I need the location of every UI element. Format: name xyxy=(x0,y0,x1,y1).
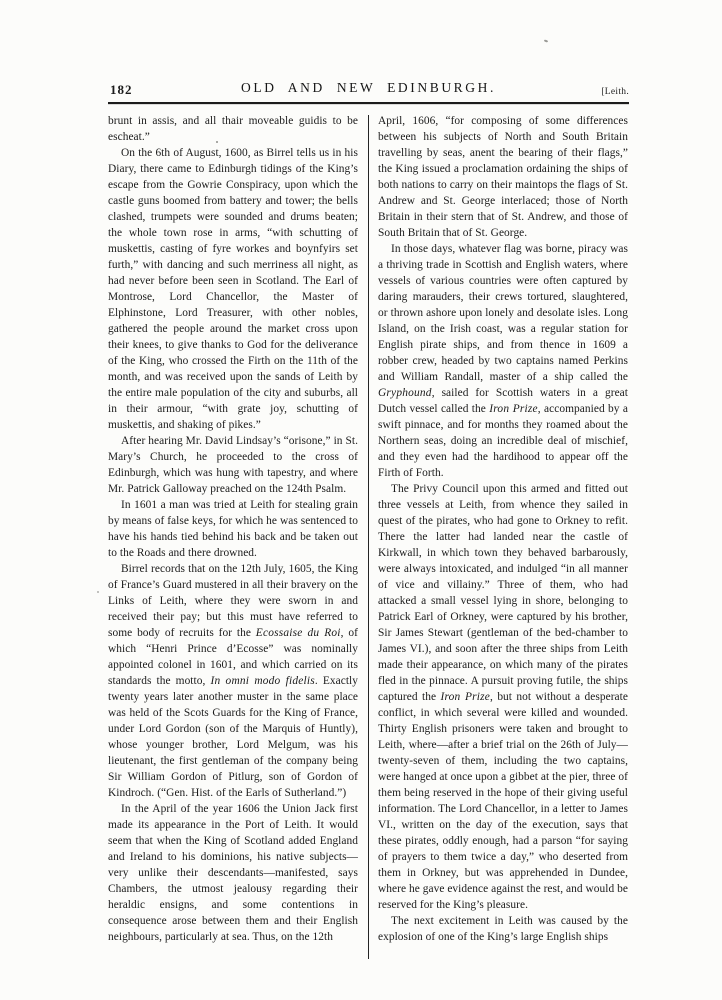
book-page: 182 OLD AND NEW EDINBURGH. [Leith. brunt… xyxy=(0,0,722,1000)
body-text: brunt in assis, and all thair moveable g… xyxy=(108,115,358,143)
page-content: 182 OLD AND NEW EDINBURGH. [Leith. brunt… xyxy=(108,80,629,959)
text-block: brunt in assis, and all thair moveable g… xyxy=(108,113,629,959)
italic-text: Iron Prize xyxy=(489,403,538,415)
running-title: OLD AND NEW EDINBURGH. xyxy=(108,80,629,96)
italic-text: Gryphound xyxy=(378,387,432,399)
running-header: 182 OLD AND NEW EDINBURGH. [Leith. xyxy=(108,80,629,98)
body-text: The Privy Council upon this armed and fi… xyxy=(378,483,628,703)
italic-text: Ecossaise du Roi xyxy=(256,627,341,639)
body-text: On the 6th of August, 1600, as Birrel te… xyxy=(108,147,358,431)
section-label: [Leith. xyxy=(601,87,629,97)
paragraph: April, 1606, “for composing of some diff… xyxy=(378,113,628,241)
body-text: , but not without a desperate conflict, … xyxy=(378,691,628,911)
body-text: April, 1606, “for composing of some diff… xyxy=(378,115,628,239)
body-text: In those days, whatever flag was borne, … xyxy=(378,243,628,383)
paragraph: In the April of the year 1606 the Union … xyxy=(108,801,358,945)
scan-speck xyxy=(97,591,99,593)
body-text: After hearing Mr. David Lindsay’s “oriso… xyxy=(108,435,358,495)
left-column: brunt in assis, and all thair moveable g… xyxy=(108,113,358,959)
paragraph: After hearing Mr. David Lindsay’s “oriso… xyxy=(108,433,358,497)
paragraph: In those days, whatever flag was borne, … xyxy=(378,241,628,481)
page-number: 182 xyxy=(110,82,133,98)
italic-text: In omni modo fidelis xyxy=(210,675,314,687)
right-column: April, 1606, “for composing of some diff… xyxy=(378,113,628,959)
scan-speck xyxy=(544,39,548,42)
body-text: In the April of the year 1606 the Union … xyxy=(108,803,358,943)
body-text: . Exactly twenty years later another mus… xyxy=(108,675,358,799)
paragraph: In 1601 a man was tried at Leith for ste… xyxy=(108,497,358,561)
header-rule xyxy=(108,102,629,104)
paragraph: Birrel records that on the 12th July, 16… xyxy=(108,561,358,801)
italic-text: Iron Prize xyxy=(440,691,490,703)
paragraph: On the 6th of August, 1600, as Birrel te… xyxy=(108,145,358,433)
paragraph: brunt in assis, and all thair moveable g… xyxy=(108,113,358,145)
paragraph: The Privy Council upon this armed and fi… xyxy=(378,481,628,913)
paragraph: The next excitement in Leith was caused … xyxy=(378,913,628,945)
body-text: The next excitement in Leith was caused … xyxy=(378,915,628,943)
body-text: In 1601 a man was tried at Leith for ste… xyxy=(108,499,358,559)
column-divider xyxy=(368,115,369,959)
